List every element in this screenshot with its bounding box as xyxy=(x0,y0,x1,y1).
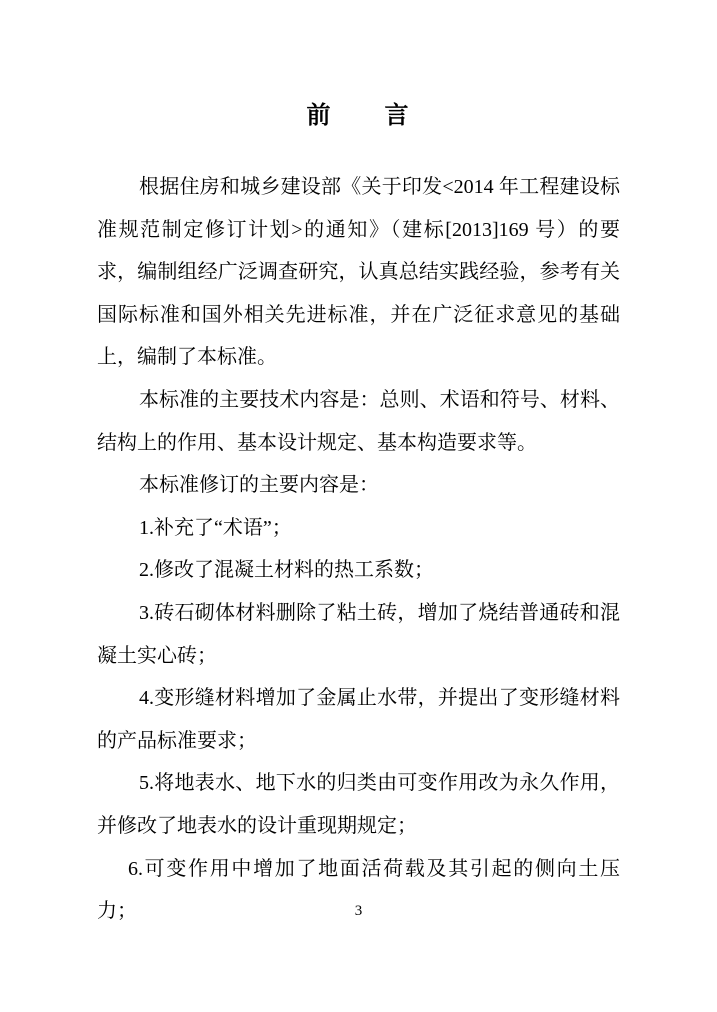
list-item-3: 3.砖石砌体材料删除了粘土砖，增加了烧结普通砖和混凝土实心砖； xyxy=(97,592,620,677)
document-body: 根据住房和城乡建设部《关于印发<2014 年工程建设标准规范制定修订计划>的通知… xyxy=(97,166,620,933)
document-page: 前 言 根据住房和城乡建设部《关于印发<2014 年工程建设标准规范制定修订计划… xyxy=(0,0,717,1012)
list-item-5: 5.将地表水、地下水的归类由可变作用改为永久作用，并修改了地表水的设计重现期规定… xyxy=(97,762,620,847)
paragraph-intro: 根据住房和城乡建设部《关于印发<2014 年工程建设标准规范制定修订计划>的通知… xyxy=(97,166,620,379)
paragraph-revision-lead: 本标准修订的主要内容是： xyxy=(97,464,620,507)
page-number: 3 xyxy=(0,901,717,921)
list-item-4: 4.变形缝材料增加了金属止水带，并提出了变形缝材料的产品标准要求； xyxy=(97,677,620,762)
page-title: 前 言 xyxy=(97,0,620,134)
list-item-2: 2.修改了混凝土材料的热工系数； xyxy=(97,549,620,592)
paragraph-main-contents: 本标准的主要技术内容是：总则、术语和符号、材料、结构上的作用、基本设计规定、基本… xyxy=(97,379,620,464)
list-item-1: 1.补充了“术语”； xyxy=(97,507,620,550)
